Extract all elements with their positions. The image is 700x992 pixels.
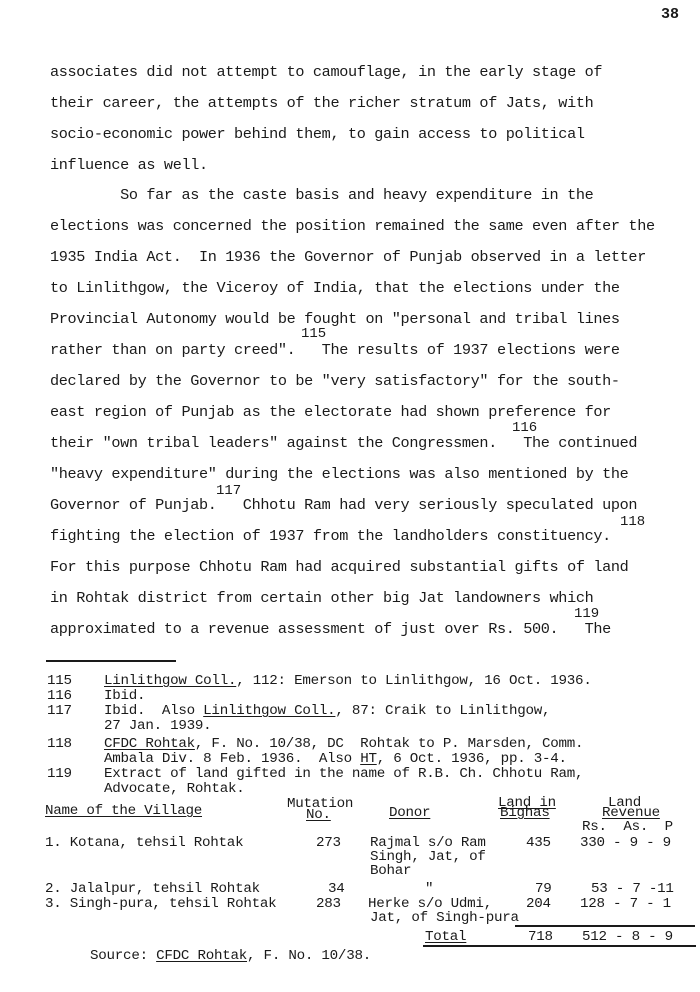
body-line: So far as the caste basis and heavy expe… bbox=[50, 186, 593, 204]
table-row-revenue: 330 - 9 - 9 bbox=[580, 836, 671, 850]
citation-title: CFDC Rohtak bbox=[104, 736, 195, 752]
table-row-donor: " bbox=[425, 882, 433, 896]
footnote-continuation: Advocate, Rohtak. bbox=[104, 782, 245, 797]
body-line: influence as well. bbox=[50, 156, 208, 174]
body-line: rather than on party creed". The results… bbox=[50, 341, 620, 359]
body-line: "heavy expenditure" during the elections… bbox=[50, 465, 628, 483]
table-row-revenue: 128 - 7 - 1 bbox=[580, 897, 671, 911]
footnote-number: 115 bbox=[47, 674, 72, 689]
header-donor: Donor bbox=[389, 806, 430, 820]
source-title: CFDC Rohtak bbox=[156, 948, 247, 964]
footnote-number: 117 bbox=[47, 704, 72, 719]
body-line: associates did not attempt to camouflage… bbox=[50, 63, 602, 81]
header-bighas: Bighas bbox=[500, 806, 550, 820]
body-line: For this purpose Chhotu Ram had acquired… bbox=[50, 558, 628, 576]
header-mutation-no: No. bbox=[306, 808, 331, 822]
footnote-text: Linlithgow Coll., 112: Emerson to Linlit… bbox=[104, 674, 592, 689]
footnote-number: 119 bbox=[47, 767, 72, 782]
body-line: declared by the Governor to be "very sat… bbox=[50, 372, 620, 390]
table-row-donor: Bohar bbox=[370, 864, 411, 878]
header-revenue: Revenue bbox=[602, 806, 660, 820]
table-row-mutation: 273 bbox=[316, 836, 341, 850]
table-source: Source: CFDC Rohtak, F. No. 10/38. bbox=[90, 949, 371, 963]
body-line: socio-economic power behind them, to gai… bbox=[50, 125, 585, 143]
body-line: Provincial Autonomy would be fought on "… bbox=[50, 310, 620, 328]
table-row-village: 3. Singh-pura, tehsil Rohtak bbox=[45, 897, 276, 911]
table-row-mutation: 283 bbox=[316, 897, 341, 911]
citation-prefix: Ibid. Also bbox=[104, 703, 203, 719]
body-line: fighting the election of 1937 from the l… bbox=[50, 527, 611, 545]
citation-detail: , F. No. 10/38, DC Rohtak to P. Marsden,… bbox=[195, 736, 583, 752]
source-detail: , F. No. 10/38. bbox=[247, 948, 371, 964]
footnote-number: 118 bbox=[47, 737, 72, 752]
header-revenue-units: Rs. As. P bbox=[582, 820, 673, 834]
body-line: approximated to a revenue assessment of … bbox=[50, 620, 611, 638]
body-line: to Linlithgow, the Viceroy of India, tha… bbox=[50, 279, 620, 297]
body-line: their "own tribal leaders" against the C… bbox=[50, 434, 637, 452]
citation-title: Linlithgow Coll. bbox=[104, 673, 236, 689]
total-revenue: 512 - 8 - 9 bbox=[582, 930, 673, 944]
footnote-number: 116 bbox=[47, 689, 72, 704]
table-row-village: 1. Kotana, tehsil Rohtak bbox=[45, 836, 243, 850]
table-row-donor: Herke s/o Udmi, bbox=[368, 897, 492, 911]
body-line: elections was concerned the position rem… bbox=[50, 217, 655, 235]
body-line: east region of Punjab as the electorate … bbox=[50, 403, 611, 421]
source-label: Source: bbox=[90, 948, 156, 964]
table-row-village: 2. Jalalpur, tehsil Rohtak bbox=[45, 882, 260, 896]
header-village: Name of the Village bbox=[45, 804, 202, 818]
footnote-ref-119: 119 bbox=[574, 606, 599, 622]
footnote-text: Ibid. bbox=[104, 689, 145, 704]
footnote-continuation: 27 Jan. 1939. bbox=[104, 719, 211, 734]
table-row-donor: Rajmal s/o Ram bbox=[370, 836, 486, 850]
body-line: 1935 India Act. In 1936 the Governor of … bbox=[50, 248, 646, 266]
footnote-ref-116: 116 bbox=[512, 420, 537, 436]
citation-detail: , 87: Craik to Linlithgow, bbox=[335, 703, 550, 719]
page-number: 38 bbox=[661, 6, 679, 23]
citation-detail: Ambala Div. 8 Feb. 1936. Also bbox=[104, 751, 360, 767]
citation-title: HT bbox=[360, 751, 377, 767]
body-line: their career, the attempts of the richer… bbox=[50, 94, 593, 112]
citation-detail: , 6 Oct. 1936, pp. 3-4. bbox=[377, 751, 567, 767]
table-row-land: 435 bbox=[526, 836, 551, 850]
citation-title: Linlithgow Coll. bbox=[203, 703, 335, 719]
footnote-ref-118: 118 bbox=[620, 514, 645, 530]
total-rule-top bbox=[515, 925, 695, 927]
footnote-text: Extract of land gifted in the name of R.… bbox=[104, 767, 583, 782]
total-rule-bottom bbox=[423, 945, 696, 947]
table-row-land: 204 bbox=[526, 897, 551, 911]
footnote-ref-117: 117 bbox=[216, 483, 241, 499]
total-label: Total bbox=[425, 930, 466, 944]
body-line: in Rohtak district from certain other bi… bbox=[50, 589, 593, 607]
footnote-separator bbox=[46, 660, 176, 662]
footnote-text: Ibid. Also Linlithgow Coll., 87: Craik t… bbox=[104, 704, 550, 719]
table-row-mutation: 34 bbox=[328, 882, 345, 896]
footnote-ref-115: 115 bbox=[301, 326, 326, 342]
table-row-donor: Jat, of Singh-pura bbox=[370, 911, 519, 925]
total-land: 718 bbox=[528, 930, 553, 944]
body-line: Governor of Punjab. Chhotu Ram had very … bbox=[50, 496, 637, 514]
table-row-revenue: 53 - 7 -11 bbox=[591, 882, 674, 896]
footnote-continuation: Ambala Div. 8 Feb. 1936. Also HT, 6 Oct.… bbox=[104, 752, 567, 767]
footnote-text: CFDC Rohtak, F. No. 10/38, DC Rohtak to … bbox=[104, 737, 583, 752]
table-row-land: 79 bbox=[535, 882, 552, 896]
citation-detail: , 112: Emerson to Linlithgow, 16 Oct. 19… bbox=[236, 673, 591, 689]
table-row-donor: Singh, Jat, of bbox=[370, 850, 486, 864]
